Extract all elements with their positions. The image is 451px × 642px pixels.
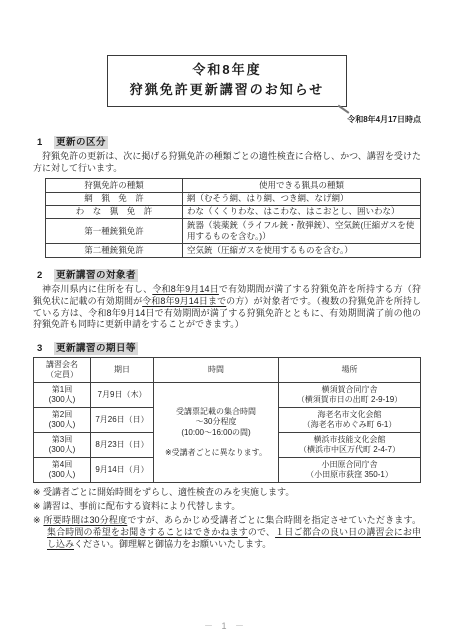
underlined-text: 令和8年9月14日まで (142, 296, 226, 306)
session-name: 第1回 (300人) (34, 383, 91, 408)
session-name: 第2回 (300人) (34, 408, 91, 433)
place-header: 場所 (279, 358, 421, 383)
text-segment: 神奈川県内に住所を有し、 (42, 284, 152, 294)
title-line-1: 令和8年度 (110, 60, 344, 80)
section1-title: 更新の区分 (54, 136, 108, 149)
underlined-text: 令和8年9月14日 (152, 284, 219, 294)
underlined-text: 所要時間は30分程度 (43, 515, 127, 525)
section1-number: 1 (37, 137, 54, 148)
section1-heading: 1更新の区分 (33, 134, 421, 148)
session-date: 7月26日（日） (91, 408, 154, 433)
session-name: 第4回 (300人) (34, 458, 91, 483)
schedule-row: 第1回 (300人) 7月9日（木） 受講票記載の集合時間 ～30分程度 (10… (34, 383, 421, 408)
text-segment: ですが、あらかじめ受講者ごとに集合時間を指定させていただきます。 (127, 515, 421, 525)
time-note-cell: 受講票記載の集合時間 ～30分程度 (10:00～16:00の間) ※受講者ごと… (154, 383, 279, 483)
section2-heading: 2更新講習の対象者 (33, 267, 421, 281)
title-box: 令和8年度 狩猟免許更新講習のお知らせ (107, 55, 347, 107)
schedule-table: 講習会名 （定員） 期日 時間 場所 第1回 (300人) 7月9日（木） 受講… (33, 357, 421, 483)
table-row: 第一種銃猟免許 銃器（装薬銃（ライフル銃・散弾銃）、空気銃(圧縮ガスを使用するも… (46, 219, 421, 244)
table-row: 第二種銃猟免許 空気銃（圧縮ガスを使用するものを含む。） (46, 244, 421, 257)
text-segment: ので、 (248, 527, 275, 537)
page-content: 令和8年度 狩猟免許更新講習のお知らせ 令和8年4月17日時点 1更新の区分 狩… (33, 0, 421, 551)
notes-list: ※ 受講者ごとに開始時間をずらし、適性検査のみを実施します。 ※ 講習は、事前に… (33, 487, 421, 550)
session-place: 海老名市文化会館 （海老名市めぐみ町 6-1） (279, 408, 421, 433)
session-date: 7月9日（木） (91, 383, 154, 408)
section3-title: 更新講習の期日等 (54, 342, 138, 355)
schedule-header-row: 講習会名 （定員） 期日 時間 場所 (34, 358, 421, 383)
session-place: 小田原合同庁舎 （小田原市荻窪 350-1） (279, 458, 421, 483)
license-tools: 空気銃（圧縮ガスを使用するものを含む。） (183, 244, 421, 257)
text-segment: ください。御理解と御協力をお願いいたします。 (74, 539, 271, 549)
session-place: 横須賀合同庁舎 （横須賀市日の出町 2-9-19） (279, 383, 421, 408)
section2-title: 更新講習の対象者 (54, 269, 138, 282)
title-line-2: 狩猟免許更新講習のお知らせ (110, 80, 344, 100)
table-row: わ な 猟 免 許 わな（くくりわな、はこわな、はこおとし、囲いわな） (46, 205, 421, 218)
section2-number: 2 (37, 270, 54, 281)
text-segment: ※ (33, 515, 43, 525)
time-header: 時間 (154, 358, 279, 383)
license-name: 第二種銃猟免許 (46, 244, 183, 257)
license-tools: 銃器（装薬銃（ライフル銃・散弾銃）、空気銃(圧縮ガスを使用するものを含む。)） (183, 219, 421, 244)
tools-header: 使用できる猟具の種類 (183, 179, 421, 192)
license-name: わ な 猟 免 許 (46, 205, 183, 218)
section1-body: 狩猟免許の更新は、次に掲げる狩猟免許の種類ごとの適性検査に合格し、かつ、講習を受… (33, 151, 421, 175)
session-place: 横浜市技能文化会館 （横浜市中区万代町 2-4-7） (279, 433, 421, 458)
section3-heading: 3更新講習の期日等 (33, 340, 421, 354)
license-type-header: 狩猟免許の種類 (46, 179, 183, 192)
session-date: 8月23日（日） (91, 433, 154, 458)
license-name: 第一種銃猟免許 (46, 219, 183, 244)
note-item: ※ 講習は、事前に配布する資料により代替します。 (33, 501, 421, 513)
date-header: 期日 (91, 358, 154, 383)
document-page: 令和8年度 狩猟免許更新講習のお知らせ 令和8年4月17日時点 1更新の区分 狩… (0, 0, 451, 642)
license-table-header-row: 狩猟免許の種類 使用できる猟具の種類 (46, 179, 421, 192)
license-name: 網 猟 免 許 (46, 192, 183, 205)
session-header: 講習会名 （定員） (34, 358, 91, 383)
license-tools: わな（くくりわな、はこわな、はこおとし、囲いわな） (183, 205, 421, 218)
note-item: ※ 所要時間は30分程度ですが、あらかじめ受講者ごとに集合時間を指定させていただ… (33, 515, 421, 551)
text-segment: ※ 講習は、事前に配布する資料により代替します。 (33, 501, 240, 511)
section3-number: 3 (37, 343, 54, 354)
license-tools: 網（むそう網、はり網、つき網、なげ網） (183, 192, 421, 205)
session-date: 9月14日（月） (91, 458, 154, 483)
section2-body: 神奈川県内に住所を有し、令和8年9月14日で有効期間が満了する狩猟免許を所持する… (33, 284, 421, 332)
session-name: 第3回 (300人) (34, 433, 91, 458)
underlined-text: 集合時間の希望をお聞きすることはできかねます (47, 527, 248, 537)
table-row: 網 猟 免 許 網（むそう網、はり網、つき網、なげ網） (46, 192, 421, 205)
note-item: ※ 受講者ごとに開始時間をずらし、適性検査のみを実施します。 (33, 487, 421, 499)
date-note: 令和8年4月17日時点 (33, 114, 421, 125)
license-table: 狩猟免許の種類 使用できる猟具の種類 網 猟 免 許 網（むそう網、はり網、つき… (45, 178, 421, 258)
page-number: － 1 － (0, 619, 451, 632)
text-segment: ※ 受講者ごとに開始時間をずらし、適性検査のみを実施します。 (33, 487, 294, 497)
